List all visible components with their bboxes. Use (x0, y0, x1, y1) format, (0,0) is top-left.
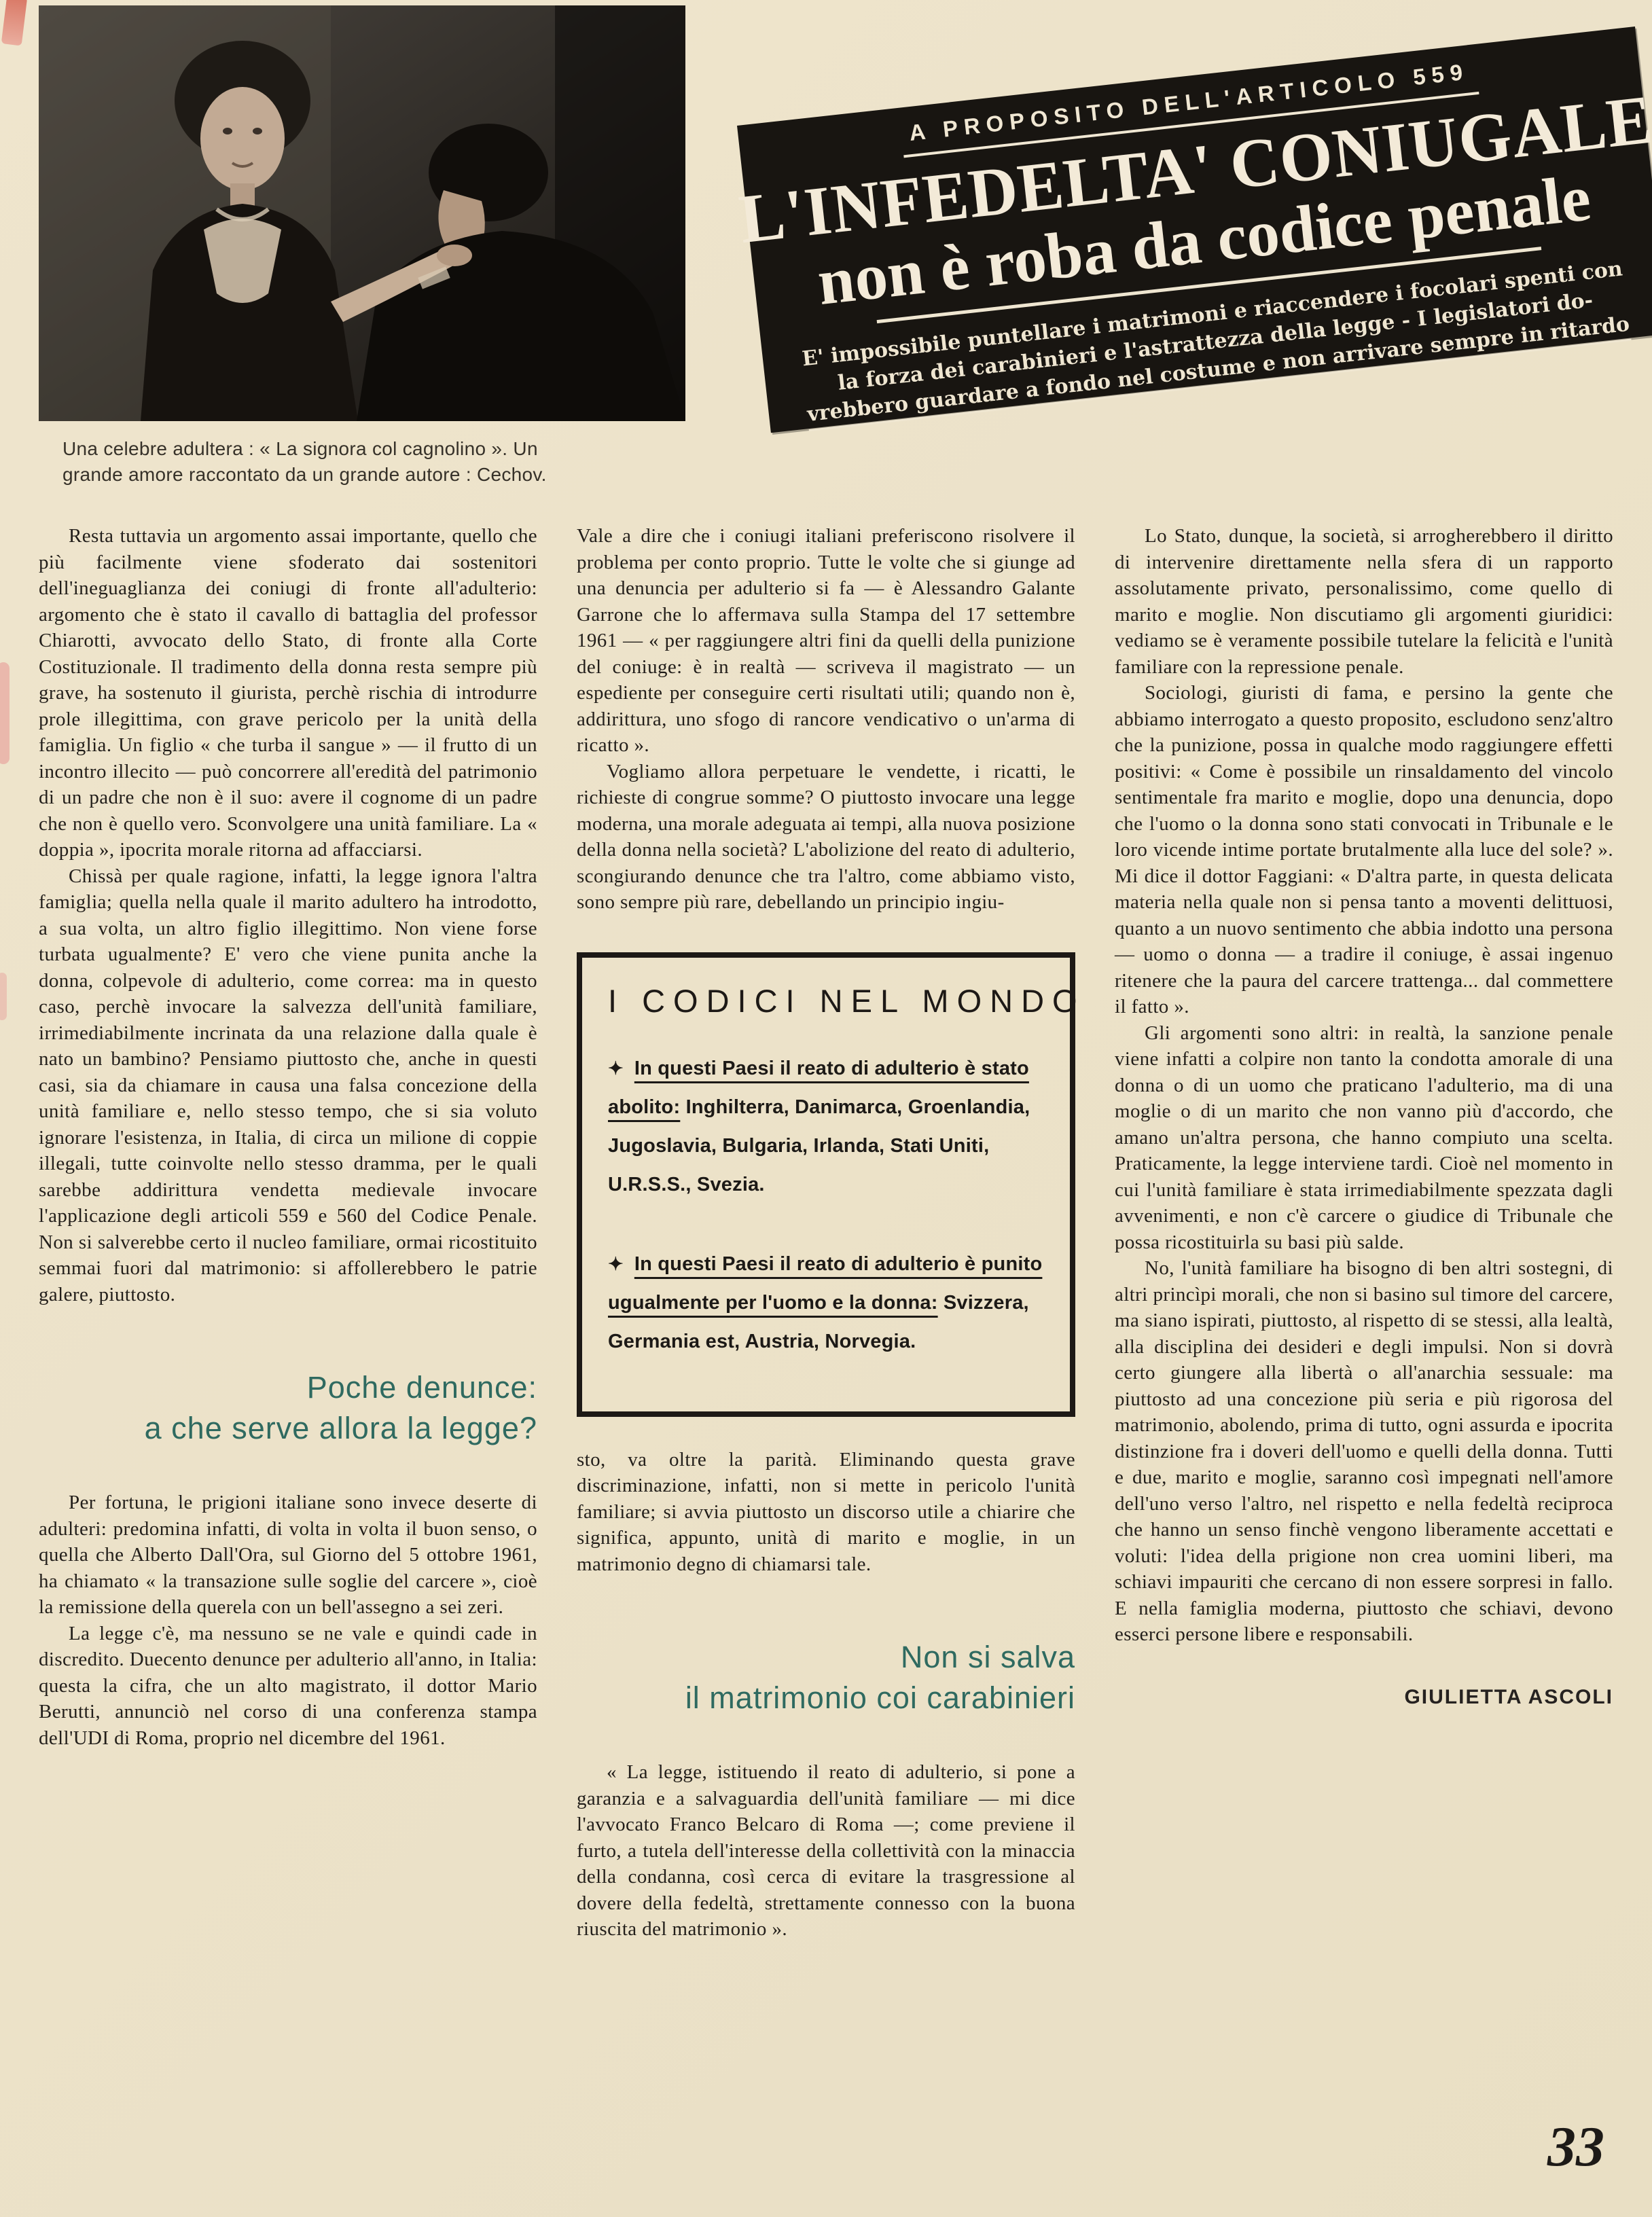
paragraph: Chissà per quale ragione, infatti, la le… (39, 863, 537, 1308)
paragraph: « La legge, istituendo il reato di adult… (577, 1759, 1075, 1943)
subhead-non-si-salva: Non si salva il matrimonio coi carabinie… (577, 1637, 1075, 1718)
paragraph: Per fortuna, le prigioni italiane sono i… (39, 1490, 537, 1621)
photo-illustration (39, 5, 685, 421)
paragraph: Gli argomenti sono altri: in realtà, la … (1115, 1020, 1613, 1256)
photo-caption: Una celebre adultera : « La signora col … (62, 436, 660, 488)
codes-box: I CODICI NEL MONDO ✦In questi Paesi il r… (577, 952, 1075, 1417)
subhead-poche-denunce: Poche denunce: a che serve allora la leg… (39, 1367, 537, 1449)
paragraph: Lo Stato, dunque, la società, si arroghe… (1115, 523, 1613, 680)
paragraph: Resta tuttavia un argomento assai import… (39, 523, 537, 863)
codes-box-item-abolished: ✦In questi Paesi il reato di adulterio è… (608, 1049, 1044, 1204)
paragraph: Vale a dire che i coniugi italiani prefe… (577, 523, 1075, 759)
codes-box-item-equal-punishment: ✦In questi Paesi il reato di adulterio è… (608, 1245, 1044, 1361)
headline-banner: A PROPOSITO DELL'ARTICOLO 559 L'INFEDELT… (737, 26, 1652, 433)
star-bullet-icon: ✦ (608, 1254, 624, 1274)
column-3: Lo Stato, dunque, la società, si arroghe… (1115, 523, 1613, 2119)
film-still-photo (39, 5, 685, 421)
article-body: Resta tuttavia un argomento assai import… (0, 523, 1652, 2119)
column-2: Vale a dire che i coniugi italiani prefe… (577, 523, 1075, 2119)
page-number: 33 (1547, 2114, 1604, 2180)
paragraph: Vogliamo allora perpetuare le vendette, … (577, 759, 1075, 916)
print-smudge (1, 0, 28, 46)
paragraph: sto, va oltre la parità. Eliminando ques… (577, 1447, 1075, 1578)
codes-box-title: I CODICI NEL MONDO (608, 982, 1044, 1020)
magazine-page: Una celebre adultera : « La signora col … (0, 0, 1652, 2217)
byline: GIULIETTA ASCOLI (1115, 1686, 1613, 1709)
paragraph: No, l'unità familiare ha bisogno di ben … (1115, 1255, 1613, 1648)
star-bullet-icon: ✦ (608, 1058, 624, 1079)
paragraph: La legge c'è, ma nessuno se ne vale e qu… (39, 1621, 537, 1752)
photo-caption-line2: grande amore raccontato da un grande aut… (62, 462, 660, 488)
photo-caption-line1: Una celebre adultera : « La signora col … (62, 436, 660, 462)
column-1: Resta tuttavia un argomento assai import… (39, 523, 537, 2119)
paragraph: Sociologi, giuristi di fama, e persino l… (1115, 680, 1613, 1020)
